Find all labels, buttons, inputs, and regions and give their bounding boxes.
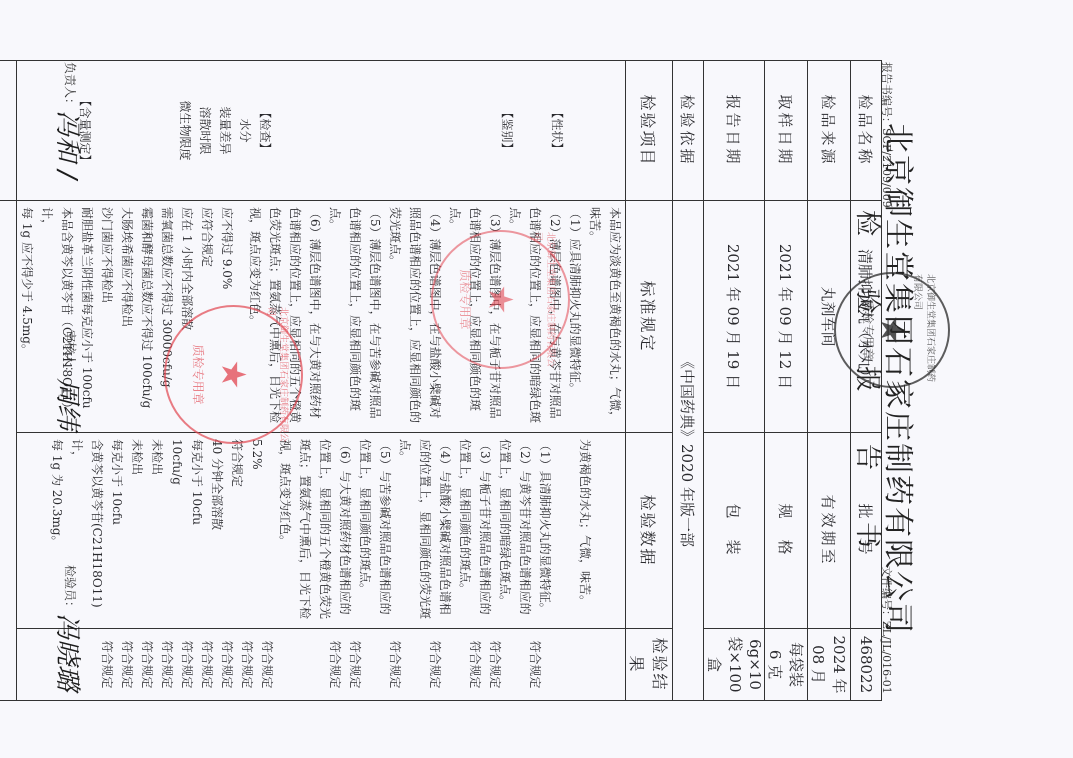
micro-standard-3: 大肠埃希菌应不得检出 xyxy=(117,207,137,426)
col-result: 检验结果 xyxy=(626,629,673,701)
report-date-label: 报告日期 xyxy=(704,61,765,201)
item-column: 【性状】 【鉴别】 【检查】 水分 装量差异 溶散时限 微生物限度 【含量测定】 xyxy=(17,61,626,201)
id-data-2: （2）与黄芩苷对照品色谱相应的位置上，显相同的暗绿色斑点。 xyxy=(495,439,535,622)
batch-label: 批 号 xyxy=(851,433,882,629)
star-icon: ★ xyxy=(484,284,518,314)
star-icon: ★ xyxy=(875,315,909,345)
id-data-6: （6）与大黄对照药材色谱相应的位置上，显相同的五个橙黄色荧光斑点；置氨蒸气中熏后… xyxy=(275,439,355,622)
quality-stamp-red: 北京御生堂集团石家庄制药有限公司 ★ 质检专用章 xyxy=(164,305,303,444)
inspection-table: 检品名称 清肺抑火丸（水丸） 批 号 468022 检品来源 丸剂车间 有效期至… xyxy=(0,60,882,701)
basis-row: 检验依据 《中国药典》2020 年版一部 xyxy=(673,61,704,701)
micro-data-3: 未检出 xyxy=(147,439,167,622)
id-data-3: （3）与栀子苷对照品色谱相应的位置上，显相同颜色的斑点。 xyxy=(455,439,495,622)
info-row: 取样日期 2021 年 09 月 12 日 规 格 每袋装 6 克 xyxy=(765,61,808,701)
package: 6g×10 袋×100 盒 xyxy=(704,629,765,701)
weight-data: 符合规定 xyxy=(227,439,247,622)
quality-stamp-red: 北京御生堂集团石家庄制药有限公司 ★ 质检专用章 xyxy=(431,230,570,369)
product-name-label: 检品名称 xyxy=(851,61,882,201)
results-body: 【性状】 【鉴别】 【检查】 水分 装量差异 溶散时限 微生物限度 【含量测定】… xyxy=(17,61,626,701)
sampling-date-label: 取样日期 xyxy=(765,61,808,201)
micro-standard-2: 霉菌和酵母菌总数应不得过 100cfu/g xyxy=(137,207,157,426)
micro-data-5: 每克小于 10cfu xyxy=(107,439,127,622)
conclusion-row: 结论 本品按《中国药典》2020 年版一部检验，结果符合规定。 xyxy=(0,61,17,701)
id-data-1: （1）具清肺抑火丸的显微特征。 xyxy=(535,439,555,622)
inspector-signature: 检验员：冯晓璐 xyxy=(51,565,88,691)
data-column: 为黄褐色的水丸；气微，味苦。 （1）具清肺抑火丸的显微特征。 （2）与黄芩苷对照… xyxy=(17,433,626,629)
expiry-date: 2024 年 08 月 xyxy=(808,629,851,701)
micro-data-4: 未检出 xyxy=(127,439,147,622)
traits-standard: 本品应为淡黄色至黄褐色的水丸；气微，味苦。 xyxy=(585,207,625,426)
package-label: 包 装 xyxy=(704,433,765,629)
result-column: 符合规定 符合规定 符合规定 符合规定 符合规定 符合规定 符合规定 符合规定 … xyxy=(17,629,626,701)
basis: 《中国药典》2020 年版一部 xyxy=(673,201,704,701)
basis-label: 检验依据 xyxy=(673,61,704,201)
star-icon: ★ xyxy=(217,359,251,389)
info-row: 检品来源 丸剂车间 有效期至 2024 年 08 月 xyxy=(808,61,851,701)
spec-label: 规 格 xyxy=(765,433,808,629)
id-standard-5: （5）薄层色谱图中，在与苦参碱对照品色谱相应的位置上，应显相同颜色的斑点。 xyxy=(325,207,385,426)
source-label: 检品来源 xyxy=(808,61,851,201)
expiry-label: 有效期至 xyxy=(808,433,851,629)
report-date: 2021 年 09 月 19 日 xyxy=(704,201,765,433)
quality-stamp-black: 北京御生堂集团石家庄制药有限公司 ★ 质检专用章 xyxy=(834,272,950,388)
micro-data-2: 10cfu/g xyxy=(167,439,187,622)
conclusion-label: 结论 xyxy=(0,61,17,201)
col-data: 检验数据 xyxy=(626,433,673,629)
id-data-4: （4）与盐酸小檗碱对照品色谱相应的位置上，显相同颜色的荧光斑点。 xyxy=(395,439,455,622)
sampling-date: 2021 年 09 月 12 日 xyxy=(765,201,808,433)
micro-data-1: 每克小于 10cfu xyxy=(187,439,207,622)
column-header-row: 检验项目 标准规定 检验数据 检验结果 xyxy=(626,61,673,701)
reviewer-signature: 审核人：周纬 xyxy=(51,330,88,430)
id-standard-1: （1）应具清肺抑火丸的显微特征。 xyxy=(565,207,585,426)
info-row: 报告日期 2021 年 09 月 19 日 包 装 6g×10 袋×100 盒 xyxy=(704,61,765,701)
water-data: 5.2% xyxy=(247,439,267,622)
assay-standard-2: 每 1g 应不得少于 4.5mg。 xyxy=(17,207,37,426)
col-standard: 标准规定 xyxy=(626,201,673,433)
report-page: 北京御生堂集团石家庄制药有限公司 检验报告书 报告书编号：SCP/2109/00… xyxy=(0,0,1073,758)
spec: 每袋装 6 克 xyxy=(765,629,808,701)
traits-data: 为黄褐色的水丸；气微，味苦。 xyxy=(575,439,595,622)
responsible-signature: 负责人：冯和 / xyxy=(51,62,88,179)
id-data-5: （5）与苦参碱对照品色谱相应的位置上，显相同颜色的斑点。 xyxy=(355,439,395,622)
micro-standard-4: 沙门菌应不得检出 xyxy=(97,207,117,426)
disintegration-data: 40 分钟全部溶散 xyxy=(207,439,227,622)
conclusion-text: 本品按《中国药典》2020 年版一部检验，结果符合规定。 xyxy=(0,201,17,701)
batch-number: 468022 xyxy=(851,629,882,701)
col-item: 检验项目 xyxy=(626,61,673,201)
